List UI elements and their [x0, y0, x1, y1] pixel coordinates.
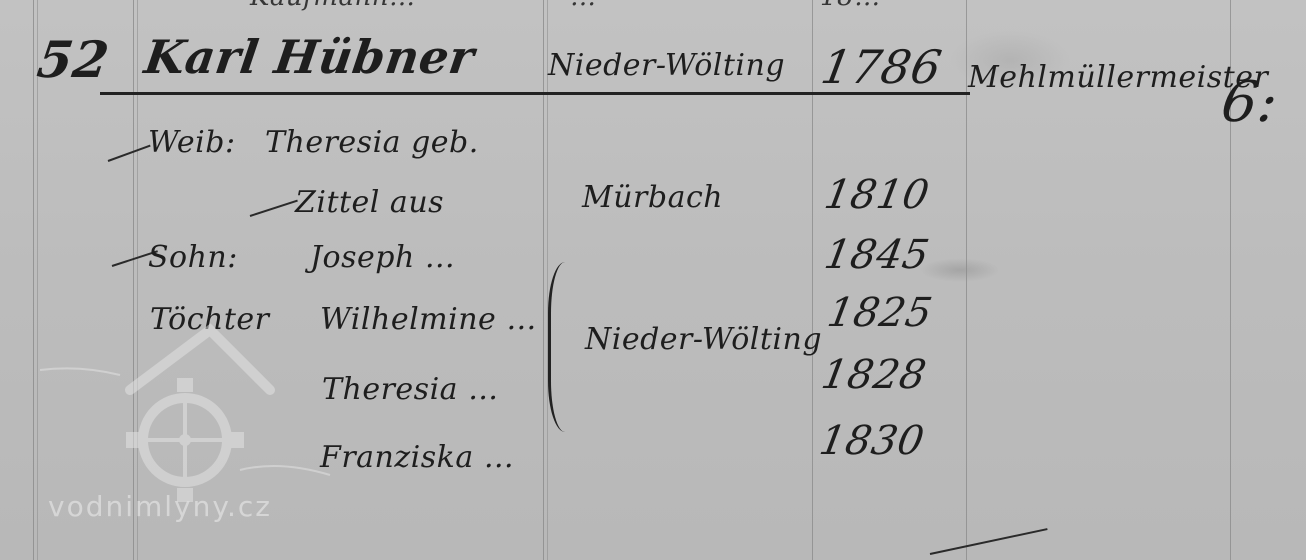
ghost-name-fragment: Kaufmann… [250, 0, 415, 12]
column-rule-name [543, 0, 548, 560]
entry-year: 1786 [817, 40, 946, 94]
entry-place: Nieder-Wölting [548, 48, 785, 83]
ghost-place-fragment: … [570, 0, 597, 12]
watermark-text: vodnimlyny.cz [48, 490, 272, 523]
wife-name-line2: Zittel aus [295, 185, 444, 220]
entry-mark: 6: [1217, 70, 1282, 135]
entry-underline [100, 92, 970, 95]
entry-name: Karl Hübner [141, 30, 478, 84]
column-rule-year [966, 0, 967, 560]
son-year: 1845 [821, 232, 933, 278]
entry-number: 52 [34, 30, 113, 89]
daughter-1-year: 1825 [824, 290, 936, 336]
grouping-brace [548, 262, 565, 432]
son-relation: Sohn: [148, 240, 238, 275]
bottom-stroke [930, 528, 1048, 555]
daughter-3-name: Franziska … [320, 440, 514, 475]
daughter-3-year: 1830 [816, 418, 928, 464]
lead-stroke [250, 200, 298, 217]
wife-name: Theresia geb. [265, 125, 479, 160]
son-name: Joseph … [310, 240, 455, 275]
column-rule-place [812, 0, 813, 560]
daughter-1-name: Wilhelmine … [320, 302, 537, 337]
daughter-2-year: 1828 [818, 352, 930, 398]
wife-relation: Weib: [148, 125, 236, 160]
lead-stroke [108, 145, 151, 162]
register-page: Kaufmann… … 18… 52 Karl Hübner Nieder-Wö… [0, 0, 1306, 560]
wife-place: Mürbach [582, 180, 723, 215]
wife-year: 1810 [821, 172, 933, 218]
daughter-2-name: Theresia … [322, 372, 499, 407]
ghost-year-fragment: 18… [820, 0, 881, 12]
daughters-place: Nieder-Wölting [585, 322, 822, 357]
